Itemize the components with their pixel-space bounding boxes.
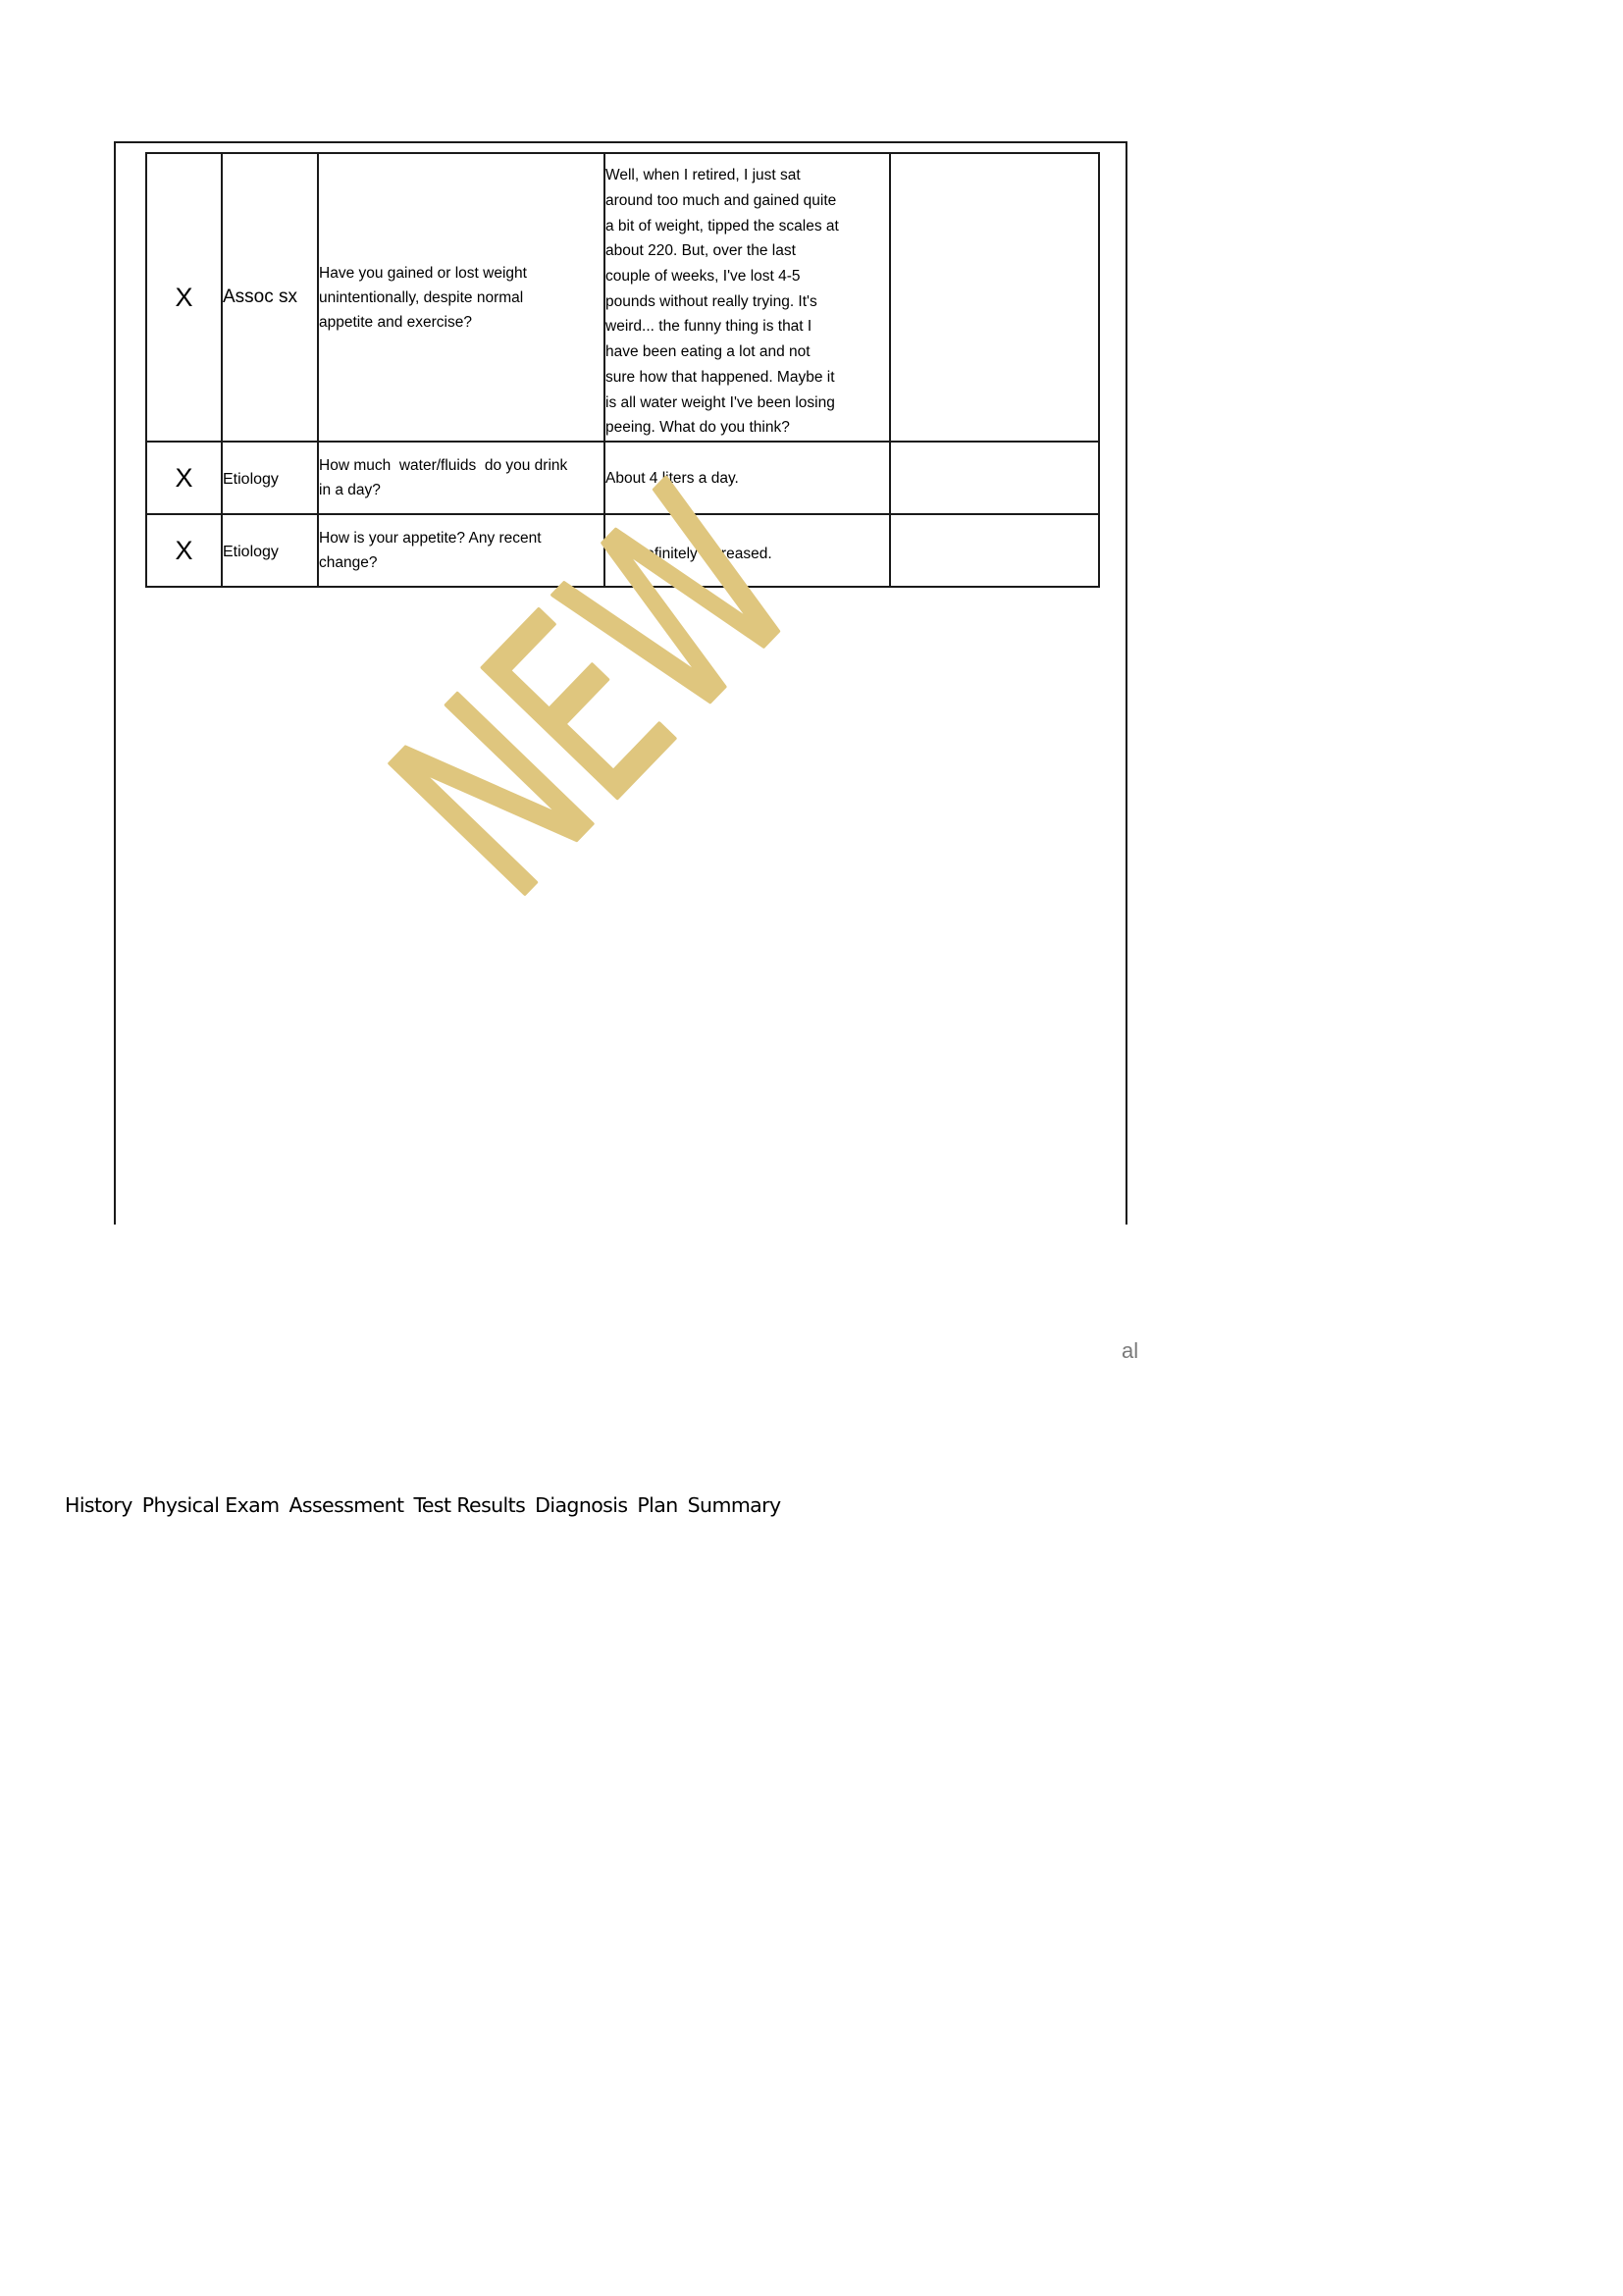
nav-history[interactable]: History — [65, 1493, 132, 1517]
table-row: X Etiology How much water/fluids do you … — [146, 442, 1099, 514]
table-row: X Assoc sx Have you gained or lost weigh… — [146, 153, 1099, 442]
nav-physical-exam[interactable]: Physical Exam — [142, 1493, 280, 1517]
question-text: How much water/fluids do you drink in a … — [318, 442, 604, 514]
nav-summary[interactable]: Summary — [688, 1493, 781, 1517]
table-row: X Etiology How is your appetite? Any rec… — [146, 514, 1099, 587]
section-nav: HistoryPhysical ExamAssessmentTest Resul… — [65, 1493, 791, 1517]
question-text: Have you gained or lost weight unintenti… — [318, 153, 604, 442]
nav-test-results[interactable]: Test Results — [413, 1493, 525, 1517]
nav-assessment[interactable]: Assessment — [288, 1493, 403, 1517]
asked-mark[interactable]: X — [146, 442, 222, 514]
history-question-table: X Assoc sx Have you gained or lost weigh… — [145, 152, 1100, 588]
patient-response: It's definitely increased. — [604, 514, 890, 587]
question-text: How is your appetite? Any recent change? — [318, 514, 604, 587]
question-category: Etiology — [222, 514, 318, 587]
asked-mark[interactable]: X — [146, 153, 222, 442]
notes-cell[interactable] — [890, 442, 1099, 514]
stray-text-fragment: al — [1122, 1338, 1138, 1364]
nav-diagnosis[interactable]: Diagnosis — [535, 1493, 627, 1517]
patient-response: About 4 liters a day. — [604, 442, 890, 514]
patient-response: Well, when I retired, I just sat around … — [604, 153, 890, 442]
question-category: Assoc sx — [222, 153, 318, 442]
nav-plan[interactable]: Plan — [637, 1493, 677, 1517]
asked-mark[interactable]: X — [146, 514, 222, 587]
notes-cell[interactable] — [890, 153, 1099, 442]
question-category: Etiology — [222, 442, 318, 514]
notes-cell[interactable] — [890, 514, 1099, 587]
